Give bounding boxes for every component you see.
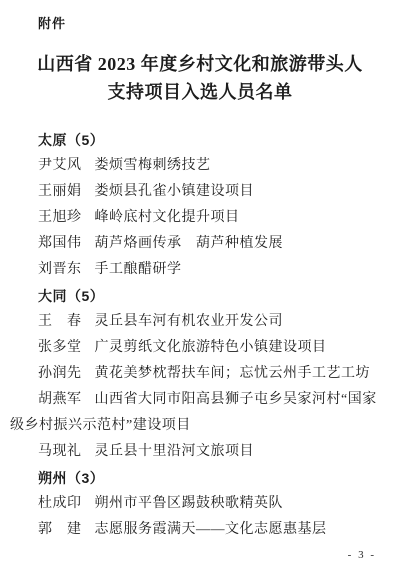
entry-project: 葫芦烙画传承 葫芦种植发展 [95, 236, 284, 251]
entry-project: 朔州市平鲁区踢鼓秧歌精英队 [95, 496, 284, 511]
entry-name: 尹艾风 [38, 158, 82, 173]
entry-name: 胡燕军 [38, 392, 82, 407]
entry-name: 郑国伟 [38, 236, 82, 251]
list-item: 杜成印朔州市平鲁区踢鼓秧歌精英队 [10, 491, 388, 517]
document-title: 山西省 2023 年度乡村文化和旅游带头人 支持项目入选人员名单 [0, 50, 400, 106]
entry-project: 娄烦雪梅刺绣技艺 [95, 158, 211, 173]
entry-name: 刘晋东 [38, 262, 82, 277]
entry-project: 灵丘县十里沿河文旅项目 [95, 444, 255, 459]
list-item: 张多堂广灵剪纸文化旅游特色小镇建设项目 [10, 335, 388, 361]
list-item: 刘晋东手工酿醋研学 [10, 257, 388, 283]
section-header-datong: 大同（5） [10, 283, 388, 309]
entry-name: 张多堂 [38, 340, 82, 355]
entry-project: 志愿服务霞满天——文化志愿惠基层 [95, 522, 327, 537]
entry-project: 广灵剪纸文化旅游特色小镇建设项目 [95, 340, 327, 355]
attachment-label: 附件 [38, 13, 66, 32]
entry-project: 灵丘县车河有机农业开发公司 [95, 314, 284, 329]
section-header-taiyuan: 太原（5） [10, 127, 388, 153]
list-item: 郭 建志愿服务霞满天——文化志愿惠基层 [10, 517, 388, 543]
entry-project: 峰岭底村文化提升项目 [95, 210, 240, 225]
entry-project: 黄花美梦枕帮扶车间；忘忧云州手工艺工坊 [95, 366, 371, 381]
section-header-shuozhou: 朔州（3） [10, 465, 388, 491]
list-item: 王 春灵丘县车河有机农业开发公司 [10, 309, 388, 335]
list-item: 胡燕军山西省大同市阳高县狮子屯乡吴家河村“国家级乡村振兴示范村”建设项目 [10, 387, 388, 439]
list-item: 王丽娟娄烦县孔雀小镇建设项目 [10, 179, 388, 205]
entry-name: 马现礼 [38, 444, 82, 459]
entry-name: 杜成印 [38, 496, 82, 511]
entry-name: 王 春 [38, 314, 82, 329]
personnel-list: 太原（5） 尹艾风娄烦雪梅刺绣技艺 王丽娟娄烦县孔雀小镇建设项目 王旭珍峰岭底村… [10, 127, 388, 543]
list-item: 孙润先黄花美梦枕帮扶车间；忘忧云州手工艺工坊 [10, 361, 388, 387]
list-item: 马现礼灵丘县十里沿河文旅项目 [10, 439, 388, 465]
list-item: 尹艾风娄烦雪梅刺绣技艺 [10, 153, 388, 179]
list-item: 郑国伟葫芦烙画传承 葫芦种植发展 [10, 231, 388, 257]
list-item: 王旭珍峰岭底村文化提升项目 [10, 205, 388, 231]
page-number: - 3 - [348, 549, 376, 561]
document-page: 附件 山西省 2023 年度乡村文化和旅游带头人 支持项目入选人员名单 太原（5… [0, 0, 400, 580]
entry-name: 郭 建 [38, 522, 82, 537]
entry-name: 王丽娟 [38, 184, 82, 199]
entry-name: 王旭珍 [38, 210, 82, 225]
document-title-line-2: 支持项目入选人员名单 [0, 78, 400, 106]
entry-project: 娄烦县孔雀小镇建设项目 [95, 184, 255, 199]
entry-name: 孙润先 [38, 366, 82, 381]
document-title-line-1: 山西省 2023 年度乡村文化和旅游带头人 [0, 50, 400, 78]
entry-project: 手工酿醋研学 [95, 262, 182, 277]
